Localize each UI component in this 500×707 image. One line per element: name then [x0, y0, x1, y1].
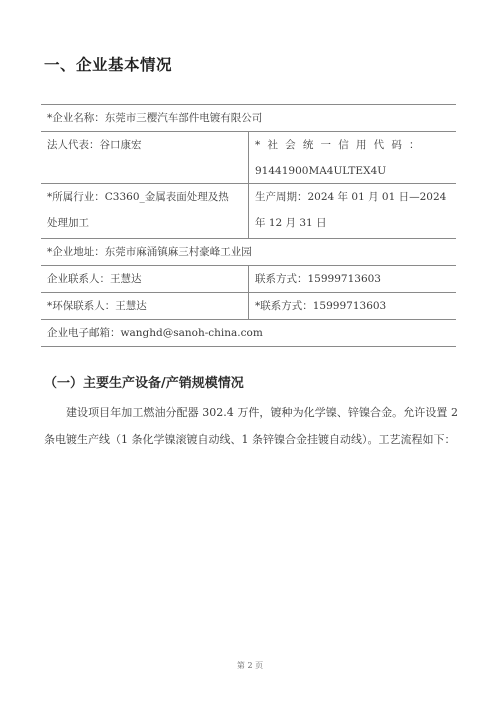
credit-code-cell: *社会统一信用代码： 91441900MA4ULTEX4U [249, 132, 456, 183]
table-row-contact: 企业联系人：王慧达 联系方式：15999713603 [41, 266, 456, 293]
env-contact-phone-cell: *联系方式：15999713603 [249, 293, 456, 319]
industry-line-1: *所属行业：C3360_金属表面处理及热 [47, 184, 242, 210]
period-cell: 生产周期：2024 年 01 月 01 日—2024 年 12 月 31 日 [249, 184, 456, 238]
table-row-email: 企业电子邮箱：wanghd@sanoh-china.com [41, 320, 456, 347]
email-cell: 企业电子邮箱：wanghd@sanoh-china.com [41, 320, 456, 346]
subsection-title: （一）主要生产设备/产销规模情况 [44, 372, 244, 391]
industry-cell: *所属行业：C3360_金属表面处理及热 处理加工 [41, 184, 249, 238]
company-info-table: *企业名称：东莞市三樱汽车部件电镀有限公司 法人代表：谷口康宏 *社会统一信用代… [41, 104, 456, 347]
table-row-address: *企业地址：东莞市麻涌镇麻三村豪峰工业园 [41, 239, 456, 266]
credit-code-value: 91441900MA4ULTEX4U [255, 158, 450, 184]
table-row-env-contact: *环保联系人：王慧达 *联系方式：15999713603 [41, 293, 456, 320]
env-contact-person-cell: *环保联系人：王慧达 [41, 293, 249, 319]
contact-phone-cell: 联系方式：15999713603 [249, 266, 456, 292]
period-line-1: 生产周期：2024 年 01 月 01 日—2024 [255, 184, 450, 210]
section-title: 一、企业基本情况 [44, 53, 172, 75]
table-row-company-name: *企业名称：东莞市三樱汽车部件电镀有限公司 [41, 105, 456, 132]
production-paragraph: 建设项目年加工燃油分配器 302.4 万件，镀种为化学镍、锌镍合金。允许设置 2… [44, 400, 458, 453]
company-name-cell: *企业名称：东莞市三樱汽车部件电镀有限公司 [41, 105, 456, 131]
page-number: 第 2 页 [0, 660, 500, 671]
credit-code-label: *社会统一信用代码： [255, 132, 450, 158]
contact-person-cell: 企业联系人：王慧达 [41, 266, 249, 292]
industry-line-2: 处理加工 [47, 210, 242, 236]
legal-rep-cell: 法人代表：谷口康宏 [41, 132, 249, 183]
table-row-industry: *所属行业：C3360_金属表面处理及热 处理加工 生产周期：2024 年 01… [41, 184, 456, 239]
table-row-legal-rep: 法人代表：谷口康宏 *社会统一信用代码： 91441900MA4ULTEX4U [41, 132, 456, 184]
address-cell: *企业地址：东莞市麻涌镇麻三村豪峰工业园 [41, 239, 456, 265]
period-line-2: 年 12 月 31 日 [255, 210, 450, 236]
